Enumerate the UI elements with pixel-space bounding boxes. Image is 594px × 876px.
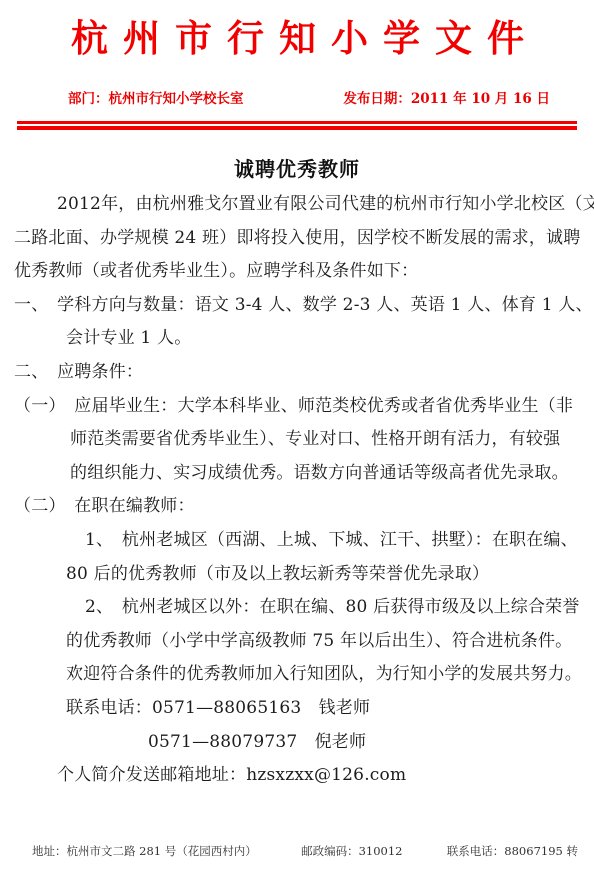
- letterhead-meta: 部门：杭州市行知小学校长室 发布日期：2011 年 10 月 16 日: [68, 87, 550, 107]
- body-line: 一、 学科方向与数量：语文 3-4 人、数学 2-3 人、英语 1 人、体育 1…: [14, 289, 578, 323]
- body-line: 师范类需要省优秀毕业生）、专业对口、性格开朗有活力，有较强: [14, 423, 578, 457]
- body-line: 2、 杭州老城区以外：在职在编、80 后获得市级及以上综合荣誉: [14, 591, 578, 625]
- department-label: 部门：杭州市行知小学校长室: [68, 87, 244, 107]
- body-line: 80 后的优秀教师（市及以上教坛新秀等荣誉优先录取）: [14, 558, 578, 592]
- letterhead-title: 杭州市行知小学文件: [0, 14, 594, 62]
- body-line: 0571—88079737 倪老师: [14, 726, 578, 760]
- body-line: 的组织能力、实习成绩优秀。语数方向普通话等级高者优先录取。: [14, 457, 578, 491]
- footer-strip: 地址：杭州市文二路 281 号（花园西村内） 邮政编码：310012 联系电话：…: [0, 843, 594, 859]
- body-line: 个人简介发送邮箱地址：hzsxzxx@126.com: [14, 759, 578, 793]
- document-body: 2012年，由杭州雅戈尔置业有限公司代建的杭州市行知小学北校区（文 二路北面、办…: [0, 188, 594, 793]
- footer-postal-code: 邮政编码：310012: [301, 843, 402, 859]
- body-line: 的优秀教师（小学中学高级教师 75 年以后出生）、符合进杭条件。: [14, 625, 578, 659]
- body-line: 会计专业 1 人。: [14, 322, 578, 356]
- document-page: 杭州市行知小学文件 部门：杭州市行知小学校长室 发布日期：2011 年 10 月…: [0, 0, 594, 876]
- body-line: 优秀教师（或者优秀毕业生）。应聘学科及条件如下：: [14, 255, 578, 289]
- body-line: 欢迎符合条件的优秀教师加入行知团队，为行知小学的发展共努力。: [14, 658, 578, 692]
- document-title: 诚聘优秀教师: [0, 153, 594, 182]
- release-date-label: 发布日期：2011 年 10 月 16 日: [343, 87, 550, 107]
- body-line: （二） 在职在编教师：: [14, 490, 578, 524]
- footer-phone: 联系电话：88067195 转: [447, 843, 578, 859]
- body-line: 2012年，由杭州雅戈尔置业有限公司代建的杭州市行知小学北校区（文: [14, 188, 578, 222]
- body-line: 二、 应聘条件：: [14, 356, 578, 390]
- body-line: 1、 杭州老城区（西湖、上城、下城、江干、拱墅）：在职在编、: [14, 524, 578, 558]
- body-line: 二路北面、办学规模 24 班）即将投入使用，因学校不断发展的需求，诚聘: [14, 222, 578, 256]
- body-line: （一） 应届毕业生：大学本科毕业、师范类校优秀或者省优秀毕业生（非: [14, 390, 578, 424]
- red-double-rule: [17, 121, 577, 130]
- footer-address: 地址：杭州市文二路 281 号（花园西村内）: [32, 843, 257, 859]
- body-line: 联系电话：0571—88065163 钱老师: [14, 692, 578, 726]
